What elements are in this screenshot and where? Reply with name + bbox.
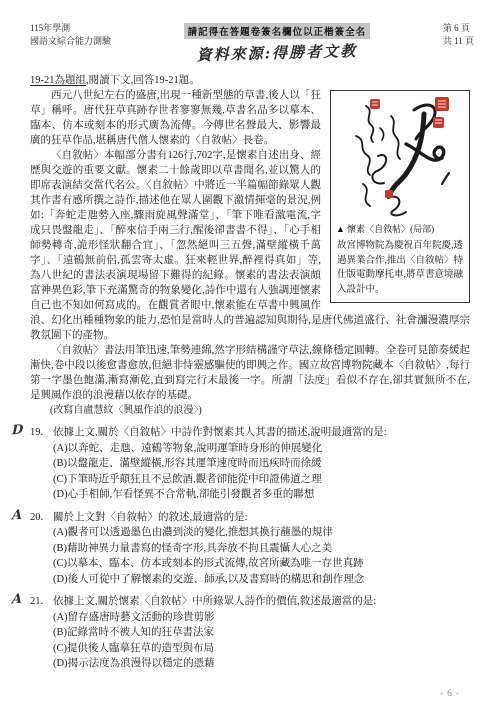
question-19: D 19. 依據上文,關於〈自敘帖〉中詩作對懷素其人其書的描述,說明最適當的是:… — [30, 425, 470, 503]
footer-page-number: - 6 - — [440, 688, 460, 698]
group-range-underlined: 19-21為題組 — [30, 75, 86, 86]
handwritten-answer-mark: A — [12, 592, 23, 608]
seal-stamp — [385, 190, 393, 198]
question-number: 19. — [30, 425, 43, 441]
question-group-intro: 19-21為題組,閱讀下文,回答19-21題。 — [30, 72, 200, 87]
question-list: D 19. 依據上文,關於〈自敘帖〉中詩作對懷素其人其書的描述,說明最適當的是:… — [30, 425, 470, 672]
figure-box: ▲ 懷素〈自敘帖〉(局部) 故宮博物院為慶祝百年院慶,透過異業合作,推出〈自敘帖… — [330, 90, 470, 303]
page-content: ▲ 懷素〈自敘帖〉(局部) 故宮博物院為慶祝百年院慶,透過異業合作,推出〈自敘帖… — [30, 88, 470, 679]
question-stem: 關於上文對〈自敘帖〉的敘述,最適當的是: — [53, 510, 470, 526]
passage-attribution: (改寫自盧慧紋〈興風作浪的浪漫〉) — [30, 403, 470, 418]
total-pages-label: 共 11 頁 — [443, 35, 474, 48]
question-number: 21. — [30, 594, 43, 610]
option-b: (B)記錄當時不被人知的狂草書法家 — [53, 625, 470, 641]
calligraphy-artwork — [336, 94, 464, 220]
figure-caption: ▲ 懷素〈自敘帖〉(局部) — [336, 222, 464, 236]
page-header: 115年學測 國語文綜合能力測驗 請記得在答題卷簽名欄位以正楷簽全名 資料來源:… — [30, 22, 474, 63]
option-c: (C)以摹本、臨本、仿本或刻本的形式流傳,故宮所藏為唯一存世真跡 — [53, 556, 470, 572]
signature-notice: 請記得在答題卷簽名欄位以正楷簽全名 — [184, 23, 371, 39]
handwritten-answer-mark: D — [12, 423, 24, 439]
question-number: 20. — [30, 510, 43, 526]
seal-stamp — [370, 99, 380, 109]
option-b: (B)以盤龍走、滿壁縱橫,形容其運筆速度時而迅疾時而徐緩 — [53, 456, 470, 472]
question-21: A 21. 依據上文,關於懷素〈自敘帖〉中所錄眾人詩作的價值,敘述最適當的是: … — [30, 594, 470, 672]
option-a: (A)以奔蛇、走虺、遠鶴等物象,說明運筆時身形的伸展變化 — [53, 441, 470, 457]
handwritten-source: 資料來源:得勝者文教 — [119, 38, 435, 67]
option-d: (D)心手相師,乍看怪異不合常軌,卻能引發觀者多重的聯想 — [53, 487, 470, 503]
option-b: (B)藉助神異力量書寫的怪奇字形,具奔放不拘且震懾人心之美 — [53, 541, 470, 557]
exam-title-block: 115年學測 國語文綜合能力測驗 — [30, 22, 111, 63]
option-c: (C)提供後人臨摹狂草的造型與布局 — [53, 641, 470, 657]
page-count-block: 第 6 頁 共 11 頁 — [443, 22, 474, 63]
option-a: (A)觀者可以透過墨色由濃到淡的變化,推想其換行蘸墨的規律 — [53, 525, 470, 541]
figure-note: 故宮博物院為慶祝百年院慶,透過異業合作,推出〈自敘帖〉特仕版電動摩托車,將草書意… — [336, 239, 464, 297]
page-number-label: 第 6 頁 — [443, 22, 474, 35]
option-c: (C)下筆時近乎顛狂且不忌飲酒,觀者卻能從中印證佛道之理 — [53, 472, 470, 488]
option-d: (D)後人可從中了解懷素的交遊、師承,以及書寫時的構思和創作理念 — [53, 572, 470, 588]
passage-paragraph-3: 〈自敘帖〉書法用筆迅速,筆勢連綿,然字形結構謹守草法,線條穩定圓轉。全卷可見節奏… — [30, 343, 470, 403]
option-a: (A)留存盛唐時藝文活動的珍貴剪影 — [53, 610, 470, 626]
question-stem: 依據上文,關於懷素〈自敘帖〉中所錄眾人詩作的價值,敘述最適當的是: — [53, 594, 470, 610]
reading-passage: ▲ 懷素〈自敘帖〉(局部) 故宮博物院為慶祝百年院慶,透過異業合作,推出〈自敘帖… — [30, 88, 470, 418]
question-20: A 20. 關於上文對〈自敘帖〉的敘述,最適當的是: (A)觀者可以透過墨色由濃… — [30, 510, 470, 588]
question-stem: 依據上文,關於〈自敘帖〉中詩作對懷素其人其書的描述,說明最適當的是: — [53, 425, 470, 441]
option-d: (D)揭示法度為浪漫得以穩定的憑藉 — [53, 656, 470, 672]
header-center: 請記得在答題卷簽名欄位以正楷簽全名 資料來源:得勝者文教 — [111, 22, 443, 63]
handwritten-answer-mark: A — [12, 507, 23, 523]
exam-subject: 國語文綜合能力測驗 — [30, 35, 111, 48]
exam-page: 115年學測 國語文綜合能力測驗 請記得在答題卷簽名欄位以正楷簽全名 資料來源:… — [0, 0, 500, 712]
exam-year: 115年學測 — [30, 22, 111, 35]
group-intro-rest: ,閱讀下文,回答19-21題。 — [86, 75, 200, 86]
